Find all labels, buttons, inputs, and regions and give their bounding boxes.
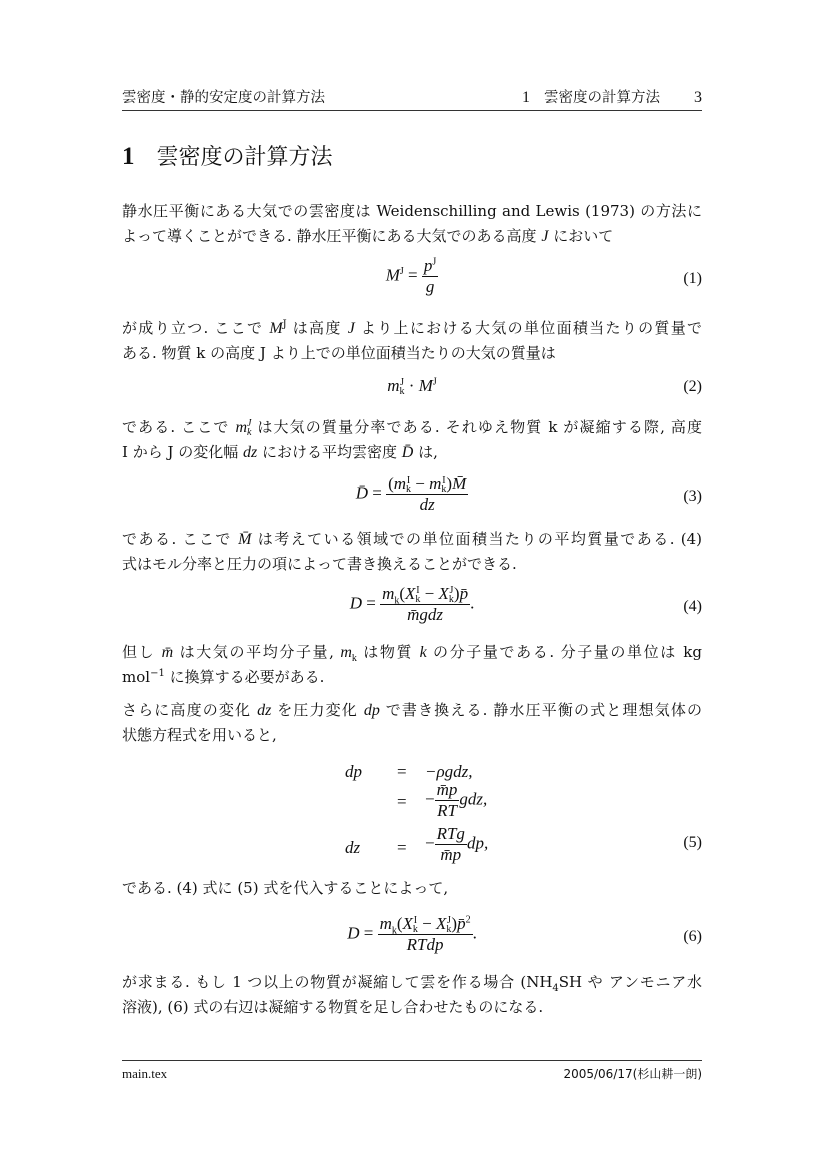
paragraph-line: さらに高度の変化 dz を圧力変化 dp で書き換える. 静水圧平衡の式と理想気… (122, 698, 702, 723)
running-header: 雲密度・静的安定度の計算方法 1雲密度の計算方法3 (122, 88, 702, 108)
math-var: M (419, 376, 433, 395)
math-op: = (366, 593, 376, 612)
paragraph-line: 溶液), (6) 式の右辺は凝縮する物質を足し合わせたものになる. (122, 995, 702, 1020)
math-op: − (425, 833, 435, 852)
text-run: に換算する必要がある. (165, 668, 325, 686)
fraction: mk(XIk − XJk)p̄2 RTdp (378, 914, 473, 955)
paragraph-line: である. (4) 式に (5) 式を代入することによって, (122, 876, 702, 901)
equation-lhs: dz (345, 838, 385, 858)
equation-number: (4) (683, 598, 702, 616)
paragraph-line: 但し m̄ は大気の平均分子量, mk は物質 k の分子量である. 分子量の単… (122, 640, 702, 665)
paragraph-line: I から J の変化幅 dz における平均雲密度 D̄ は, (122, 440, 702, 465)
math-op: = (397, 792, 407, 812)
text-run: において (548, 227, 613, 245)
math-sub: k (400, 387, 405, 396)
math-op: = (397, 838, 407, 858)
section-heading: 1雲密度の計算方法 (122, 140, 333, 174)
math-subsup: Ik (406, 476, 411, 494)
paragraph-line: よって導くことができる. 静水圧平衡にある大気でのある高度 J において (122, 224, 702, 249)
math-sup: J (433, 376, 437, 387)
text-run: は高度 (287, 319, 348, 337)
math-var: J (348, 320, 355, 337)
equation-4: D = mk(XIk − XJk)p̄ m̄gdz . (4) (122, 584, 702, 630)
fraction-numerator: mk(XIk − XJk)p̄2 (378, 914, 473, 935)
math-var: m (380, 914, 392, 933)
math-op: − (425, 584, 435, 603)
paragraph-3: である. ここで mJk は大気の質量分率である. それゆえ物質 k が凝縮する… (122, 415, 702, 465)
text-run: SH や アンモニア水 (559, 973, 702, 991)
section-number: 1 (122, 143, 135, 170)
math-sup: −1 (150, 668, 165, 679)
math-var: D (350, 593, 362, 612)
fraction: RTgm̄p (435, 824, 467, 865)
math-var: m (340, 644, 352, 661)
text-run: より上における大気の単位面積当たりの質量で (355, 319, 702, 337)
footer-rule (122, 1060, 702, 1061)
fraction-denominator: m̄p (435, 845, 467, 865)
math-var: M (269, 320, 282, 337)
text-run: は大気の平均分子量, (173, 643, 340, 661)
math-punct: . (473, 923, 477, 942)
text-run: mol (122, 668, 150, 686)
math-var: M̄ (238, 531, 251, 548)
fraction: m̄pRT (435, 780, 460, 821)
fraction-numerator: pJ (422, 256, 438, 277)
section-title: 雲密度の計算方法 (157, 145, 333, 170)
paragraph-7: である. (4) 式に (5) 式を代入することによって, (122, 876, 702, 901)
equation-body: D = mk(XIk − XJk)p̄2 RTdp . (122, 914, 702, 955)
text-run: で書き換える. 静水圧平衡の式と理想気体の (380, 701, 702, 719)
running-header-section: 1雲密度の計算方法3 (522, 88, 702, 108)
fraction: (mIk − mIk)M̄ dz (386, 474, 468, 515)
text-run: は考えている領域での単位面積当たりの平均質量である. (4) (251, 530, 702, 548)
paragraph-8: が求まる. もし 1 つ以上の物質が凝縮して雲を作る場合 (NH4SH や アン… (122, 970, 702, 1020)
math-sup: J (432, 256, 436, 267)
equation-number: (1) (683, 270, 702, 288)
equation-rhs: −RTgm̄pdp, (425, 824, 488, 865)
paragraph-5: 但し m̄ は大気の平均分子量, mk は物質 k の分子量である. 分子量の単… (122, 640, 702, 690)
fraction-numerator: RTg (435, 824, 467, 845)
math-var: dz (257, 702, 271, 719)
paragraph-line: 静水圧平衡にある大気での雲密度は Weidenschilling and Lew… (122, 199, 702, 224)
text-run: における平均雲密度 (257, 443, 402, 461)
math-sub: k (406, 485, 411, 494)
math-var: m (394, 474, 406, 493)
math-punct: . (470, 593, 474, 612)
fraction-denominator: RTdp (378, 935, 473, 955)
footer-filename: main.tex (122, 1065, 167, 1083)
math-var: p̄ (457, 914, 466, 933)
paragraph-2: が成り立つ. ここで MJ は高度 J より上における大気の単位面積当たりの質量… (122, 316, 702, 366)
paragraph-6: さらに高度の変化 dz を圧力変化 dp で書き換える. 静水圧平衡の式と理想気… (122, 698, 702, 748)
paragraph-line: 状態方程式を用いると, (122, 723, 702, 748)
text-run: である. ここで (122, 418, 235, 436)
fraction-denominator: dz (386, 495, 468, 515)
math-var: m̄ (162, 644, 174, 661)
math-var: dp (364, 702, 380, 719)
math-var: m (429, 474, 441, 493)
equation-body: D = mk(XIk − XJk)p̄ m̄gdz . (122, 584, 702, 625)
fraction: mk(XIk − XJk)p̄ m̄gdz (380, 584, 470, 625)
fraction-numerator: m̄p (435, 780, 460, 801)
equation-number: (5) (683, 834, 702, 852)
math-op: · (409, 376, 415, 395)
paragraph-line: mol−1 に換算する必要がある. (122, 665, 702, 690)
equation-body: D̄ = (mIk − mIk)M̄ dz (122, 474, 702, 515)
page-number: 3 (694, 89, 702, 106)
math-var: D̄ (402, 444, 414, 461)
text-run: の分子量である. 分子量の単位は kg (427, 643, 702, 661)
math-subsup: Ik (413, 916, 418, 934)
text-run: が成り立つ. ここで (122, 319, 269, 337)
math-subsup: Ik (415, 586, 420, 604)
math-op: = (408, 265, 418, 284)
text-run: I から J の変化幅 (122, 443, 243, 461)
math-op: = (364, 923, 374, 942)
header-rule (122, 110, 702, 111)
fraction-numerator: mk(XIk − XJk)p̄ (380, 584, 470, 605)
math-var: m (235, 419, 247, 436)
math-var: dp, (467, 833, 488, 852)
math-op: = (397, 762, 407, 782)
equation-lhs: dp (345, 762, 385, 782)
math-var: M (386, 265, 400, 284)
equation-number: (3) (683, 488, 702, 506)
footer: main.tex 2005/06/17(杉山耕一朗) (122, 1065, 702, 1083)
math-var: X (403, 914, 413, 933)
math-var: D (347, 923, 359, 942)
math-var: k (420, 644, 427, 661)
math-op: − (425, 789, 435, 808)
paragraph-line: 式はモル分率と圧力の項によって書き換えることができる. (122, 552, 702, 577)
equation-6: D = mk(XIk − XJk)p̄2 RTdp . (6) (122, 914, 702, 960)
math-op: − (422, 914, 432, 933)
equation-number: (2) (683, 378, 702, 396)
text-run: は物質 (357, 643, 420, 661)
paragraph-line: ある. 物質 k の高度 J より上での単位面積当たりの大気の質量は (122, 341, 702, 366)
text-run: 但し (122, 643, 162, 661)
document-page: 雲密度・静的安定度の計算方法 1雲密度の計算方法3 1雲密度の計算方法 静水圧平… (0, 0, 826, 1169)
equation-rhs: −m̄pRTgdz, (425, 780, 487, 821)
math-var: dz (243, 444, 257, 461)
math-var: p̄ (460, 584, 469, 603)
text-run: よって導くことができる. 静水圧平衡にある大気でのある高度 (122, 227, 541, 245)
equation-rhs: −ρgdz, (425, 762, 473, 782)
equation-body: MJ = pJ g (122, 256, 702, 297)
paragraph-line: が求まる. もし 1 つ以上の物質が凝縮して雲を作る場合 (NH4SH や アン… (122, 970, 702, 995)
running-header-section-title: 雲密度の計算方法 (544, 90, 660, 106)
fraction-numerator: (mIk − mIk)M̄ (386, 474, 468, 495)
equation-number: (6) (683, 928, 702, 946)
math-sub: k (415, 595, 420, 604)
paragraph-line: である. ここで M̄ は考えている領域での単位面積当たりの平均質量である. (… (122, 527, 702, 552)
math-var: m (387, 376, 399, 395)
math-sup: J (400, 266, 404, 277)
text-run: さらに高度の変化 (122, 701, 257, 719)
text-run: は大気の質量分率である. それゆえ物質 k が凝縮する際, 高度 (251, 418, 702, 436)
paragraph-4: である. ここで M̄ は考えている領域での単位面積当たりの平均質量である. (… (122, 527, 702, 577)
running-header-section-number: 1 (522, 89, 530, 106)
math-var: M̄ (452, 474, 466, 493)
paragraph-1: 静水圧平衡にある大気での雲密度は Weidenschilling and Lew… (122, 199, 702, 249)
footer-date-author: 2005/06/17(杉山耕一朗) (563, 1065, 702, 1083)
math-op: − (415, 474, 425, 493)
math-op: = (372, 483, 382, 502)
math-var: gdz, (459, 789, 487, 808)
paragraph-line: である. ここで mJk は大気の質量分率である. それゆえ物質 k が凝縮する… (122, 415, 702, 440)
text-run: が求まる. もし 1 つ以上の物質が凝縮して雲を作る場合 (NH (122, 973, 552, 991)
math-var: X (439, 584, 449, 603)
math-var: X (436, 914, 446, 933)
equation-2: mJk · MJ (2) (122, 376, 702, 402)
fraction-denominator: RT (435, 801, 460, 821)
running-header-doc-title: 雲密度・静的安定度の計算方法 (122, 88, 325, 108)
text-run: は, (413, 443, 438, 461)
equation-1: MJ = pJ g (1) (122, 256, 702, 302)
math-subsup: Jk (400, 378, 405, 396)
math-var: m (382, 584, 394, 603)
fraction-denominator: m̄gdz (380, 605, 470, 625)
equation-3: D̄ = (mIk − mIk)M̄ dz (3) (122, 474, 702, 520)
text-run: である. ここで (122, 530, 238, 548)
math-sub: k (413, 925, 418, 934)
equation-body: mJk · MJ (122, 376, 702, 396)
fraction: pJ g (422, 256, 438, 297)
paragraph-line: が成り立つ. ここで MJ は高度 J より上における大気の単位面積当たりの質量… (122, 316, 702, 341)
math-var: X (405, 584, 415, 603)
text-run: を圧力変化 (271, 701, 364, 719)
math-var: D̄ (356, 483, 368, 502)
fraction-denominator: g (422, 277, 438, 297)
math-sup: 2 (466, 914, 471, 925)
